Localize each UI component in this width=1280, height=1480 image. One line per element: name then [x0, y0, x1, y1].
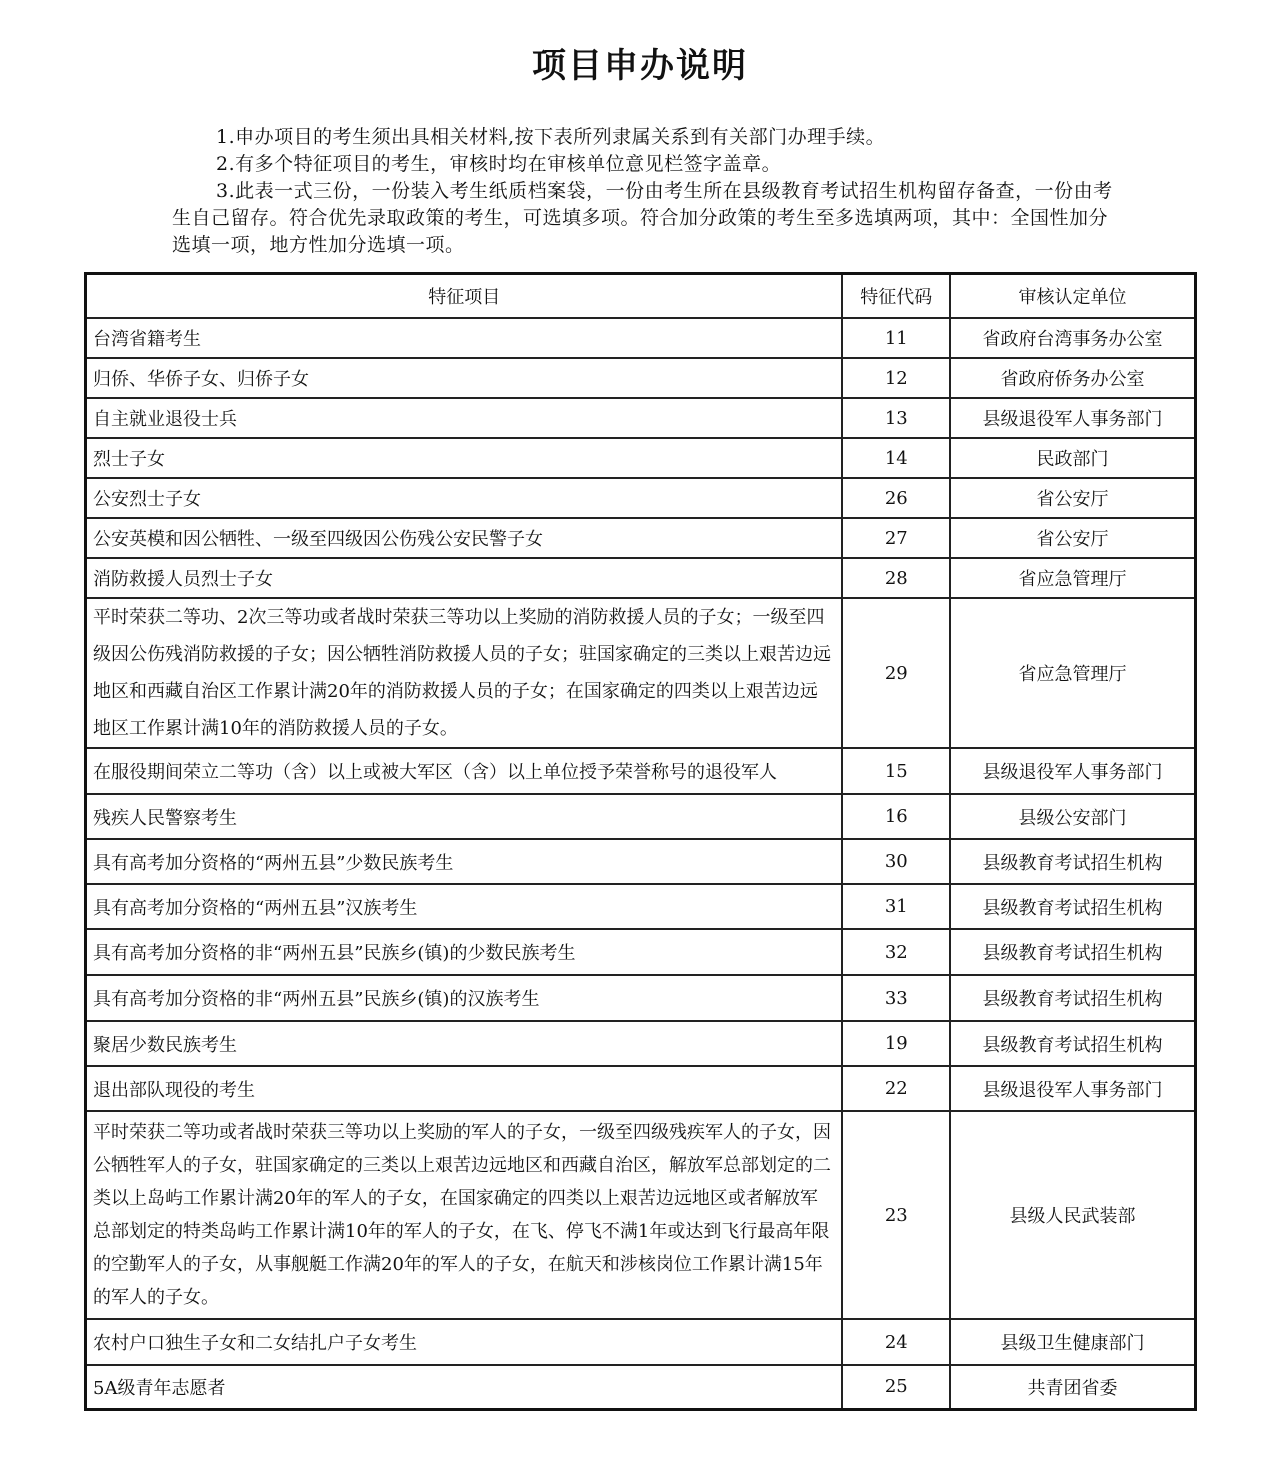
- table-row: 退出部队现役的考生22县级退役军人事务部门: [86, 1066, 1196, 1111]
- instructions: 1.申办项目的考生须出具相关材料,按下表所列隶属关系到有关部门办理手续。 2.有…: [172, 124, 1117, 259]
- feature-item: 5A级青年志愿者: [86, 1365, 843, 1409]
- feature-item: 退出部队现役的考生: [86, 1066, 843, 1111]
- feature-code: 32: [842, 929, 950, 975]
- review-unit: 县级公安部门: [950, 794, 1195, 839]
- table-header-row: 特征项目 特征代码 审核认定单位: [86, 274, 1196, 319]
- feature-item: 自主就业退役士兵: [86, 398, 843, 438]
- review-unit: 县级退役军人事务部门: [950, 748, 1195, 794]
- header-feature-item: 特征项目: [86, 274, 843, 319]
- table-row: 台湾省籍考生11省政府台湾事务办公室: [86, 318, 1196, 358]
- review-unit: 县级教育考试招生机构: [950, 884, 1195, 929]
- header-feature-code: 特征代码: [842, 274, 950, 319]
- review-unit: 省公安厅: [950, 518, 1195, 558]
- feature-code: 31: [842, 884, 950, 929]
- page-title: 项目申办说明: [0, 38, 1280, 87]
- header-review-unit: 审核认定单位: [950, 274, 1195, 319]
- note-3: 3.此表一式三份，一份装入考生纸质档案袋，一份由考生所在县级教育考试招生机构留存…: [172, 178, 1117, 259]
- table-row: 具有高考加分资格的非“两州五县”民族乡(镇)的汉族考生33县级教育考试招生机构: [86, 975, 1196, 1021]
- note-2: 2.有多个特征项目的考生，审核时均在审核单位意见栏签字盖章。: [172, 151, 1117, 178]
- table-row: 归侨、华侨子女、归侨子女12省政府侨务办公室: [86, 358, 1196, 398]
- feature-item: 平时荣获二等功、2次三等功或者战时荣获三等功以上奖励的消防救援人员的子女；一级至…: [86, 598, 843, 748]
- review-unit: 县级退役军人事务部门: [950, 398, 1195, 438]
- feature-code: 27: [842, 518, 950, 558]
- review-unit: 县级人民武装部: [950, 1111, 1195, 1319]
- table-row: 公安烈士子女26省公安厅: [86, 478, 1196, 518]
- feature-item: 农村户口独生子女和二女结扎户子女考生: [86, 1319, 843, 1365]
- feature-code: 25: [842, 1365, 950, 1409]
- feature-code: 15: [842, 748, 950, 794]
- review-unit: 县级教育考试招生机构: [950, 929, 1195, 975]
- review-unit: 共青团省委: [950, 1365, 1195, 1409]
- review-unit: 县级卫生健康部门: [950, 1319, 1195, 1365]
- feature-item: 烈士子女: [86, 438, 843, 478]
- feature-table: 特征项目 特征代码 审核认定单位 台湾省籍考生11省政府台湾事务办公室 归侨、华…: [84, 272, 1197, 1411]
- review-unit: 县级教育考试招生机构: [950, 839, 1195, 884]
- table-row: 平时荣获二等功或者战时荣获三等功以上奖励的军人的子女，一级至四级残疾军人的子女，…: [86, 1111, 1196, 1319]
- feature-code: 14: [842, 438, 950, 478]
- feature-item: 残疾人民警察考生: [86, 794, 843, 839]
- table-row: 残疾人民警察考生16县级公安部门: [86, 794, 1196, 839]
- feature-item: 具有高考加分资格的“两州五县”少数民族考生: [86, 839, 843, 884]
- feature-code: 11: [842, 318, 950, 358]
- review-unit: 县级退役军人事务部门: [950, 1066, 1195, 1111]
- feature-code: 28: [842, 558, 950, 598]
- feature-item: 公安烈士子女: [86, 478, 843, 518]
- feature-code: 22: [842, 1066, 950, 1111]
- review-unit: 省应急管理厅: [950, 598, 1195, 748]
- feature-item: 具有高考加分资格的“两州五县”汉族考生: [86, 884, 843, 929]
- note-1: 1.申办项目的考生须出具相关材料,按下表所列隶属关系到有关部门办理手续。: [172, 124, 1117, 151]
- review-unit: 省政府侨务办公室: [950, 358, 1195, 398]
- feature-code: 24: [842, 1319, 950, 1365]
- table-row: 聚居少数民族考生19县级教育考试招生机构: [86, 1021, 1196, 1066]
- review-unit: 省公安厅: [950, 478, 1195, 518]
- feature-item: 具有高考加分资格的非“两州五县”民族乡(镇)的汉族考生: [86, 975, 843, 1021]
- feature-code: 16: [842, 794, 950, 839]
- feature-code: 30: [842, 839, 950, 884]
- review-unit: 县级教育考试招生机构: [950, 975, 1195, 1021]
- feature-code: 33: [842, 975, 950, 1021]
- review-unit: 省政府台湾事务办公室: [950, 318, 1195, 358]
- table-row: 平时荣获二等功、2次三等功或者战时荣获三等功以上奖励的消防救援人员的子女；一级至…: [86, 598, 1196, 748]
- table-row: 具有高考加分资格的“两州五县”汉族考生31县级教育考试招生机构: [86, 884, 1196, 929]
- feature-item: 在服役期间荣立二等功（含）以上或被大军区（含）以上单位授予荣誉称号的退役军人: [86, 748, 843, 794]
- feature-item: 公安英模和因公牺牲、一级至四级因公伤残公安民警子女: [86, 518, 843, 558]
- table-row: 公安英模和因公牺牲、一级至四级因公伤残公安民警子女27省公安厅: [86, 518, 1196, 558]
- feature-item: 聚居少数民族考生: [86, 1021, 843, 1066]
- table-row: 消防救援人员烈士子女28省应急管理厅: [86, 558, 1196, 598]
- feature-item: 消防救援人员烈士子女: [86, 558, 843, 598]
- table-row: 5A级青年志愿者25共青团省委: [86, 1365, 1196, 1409]
- review-unit: 县级教育考试招生机构: [950, 1021, 1195, 1066]
- feature-item: 具有高考加分资格的非“两州五县”民族乡(镇)的少数民族考生: [86, 929, 843, 975]
- table-row: 具有高考加分资格的非“两州五县”民族乡(镇)的少数民族考生32县级教育考试招生机…: [86, 929, 1196, 975]
- feature-code: 12: [842, 358, 950, 398]
- table-row: 烈士子女14民政部门: [86, 438, 1196, 478]
- review-unit: 省应急管理厅: [950, 558, 1195, 598]
- feature-item: 台湾省籍考生: [86, 318, 843, 358]
- review-unit: 民政部门: [950, 438, 1195, 478]
- feature-item: 归侨、华侨子女、归侨子女: [86, 358, 843, 398]
- feature-code: 13: [842, 398, 950, 438]
- table-row: 具有高考加分资格的“两州五县”少数民族考生30县级教育考试招生机构: [86, 839, 1196, 884]
- feature-code: 29: [842, 598, 950, 748]
- table-row: 在服役期间荣立二等功（含）以上或被大军区（含）以上单位授予荣誉称号的退役军人15…: [86, 748, 1196, 794]
- feature-code: 26: [842, 478, 950, 518]
- feature-item: 平时荣获二等功或者战时荣获三等功以上奖励的军人的子女，一级至四级残疾军人的子女，…: [86, 1111, 843, 1319]
- feature-code: 19: [842, 1021, 950, 1066]
- feature-code: 23: [842, 1111, 950, 1319]
- table-row: 自主就业退役士兵13县级退役军人事务部门: [86, 398, 1196, 438]
- table-row: 农村户口独生子女和二女结扎户子女考生24县级卫生健康部门: [86, 1319, 1196, 1365]
